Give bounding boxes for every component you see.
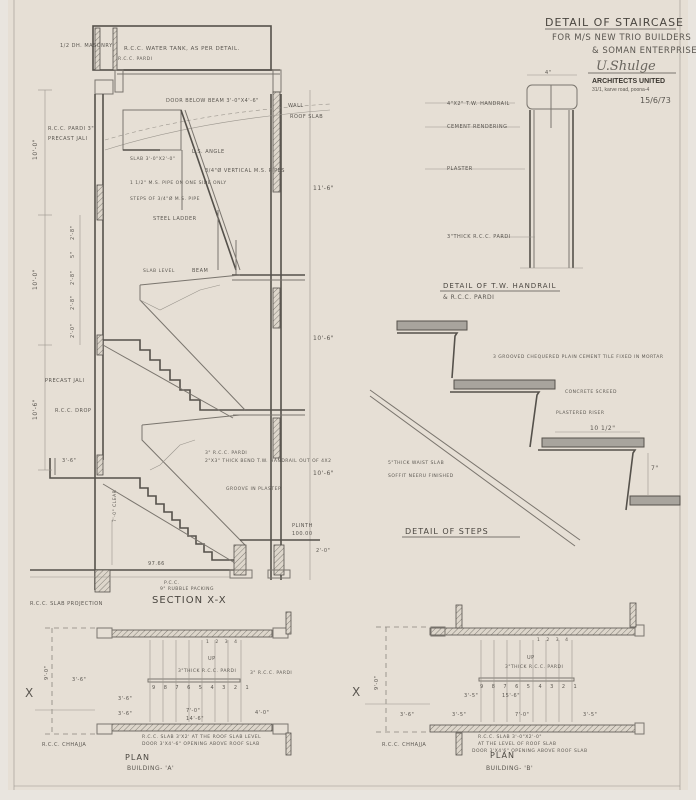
label-precast-jali: PRECAST JALI [48, 136, 87, 142]
handrail-width: 4" [545, 70, 551, 76]
tread-dim: 10 1/2" [590, 425, 615, 432]
label-rcc-pardi: R.C.C. PARDI [118, 56, 152, 62]
label-pcc: P.C.C. [164, 580, 180, 586]
firm-address: 31/1, karve road, poona-4 [592, 87, 649, 93]
label-pardi-right-a: 3" R.C.C. PARDI [250, 670, 292, 676]
title-block: DETAIL OF STAIRCASE FOR M/S NEW TRIO BUI… [545, 16, 696, 105]
dim-a-2: 3'-6" [118, 711, 132, 717]
section-x-x: 1/2 DH. MASONRY R.C.C. WATER TANK, AS PE… [30, 26, 334, 606]
label-steel-ladder: STEEL LADDER [153, 216, 197, 222]
label-roof-slab: ROOF SLAB [290, 114, 323, 120]
dim-a-3: 3'-6" [118, 696, 132, 702]
dim-sub-1: 2'-8" [70, 226, 76, 240]
handrail-detail-title: DETAIL OF T.W. HANDRAIL [443, 282, 557, 290]
label-plinth-level: 100.00 [292, 531, 313, 537]
label-water-tank: R.C.C. WATER TANK, AS PER DETAIL. [124, 46, 240, 52]
dim-a-4: 7'-0" [186, 708, 200, 714]
dim-b-4: 7'-0" [515, 712, 529, 718]
architectural-drawing: DETAIL OF STAIRCASE FOR M/S NEW TRIO BUI… [0, 0, 696, 800]
plan-building-a: R.C.C. SLAB PROJECTION R.C.C. CHHAJJA 3"… [25, 601, 292, 772]
label-slab: SLAB 3'-0"X2'-0" [130, 156, 175, 162]
label-door: DOOR BELOW BEAM 3'-0"X4'-6" [166, 98, 259, 104]
label-ms-pipe: 1 1/2" M.S. PIPE ON ONE SIDE ONLY [130, 180, 227, 186]
drawing-title: DETAIL OF STAIRCASE [545, 16, 684, 29]
label-up-b: UP [527, 655, 535, 661]
label-ground-level: 97.66 [148, 561, 165, 567]
dim-footing: 2'-0" [316, 548, 330, 554]
label-beam: BEAM [192, 268, 208, 274]
drawing-date: 15/6/73 [640, 96, 671, 105]
plan-b-steps-top: 1234 [537, 637, 569, 643]
label-pardi-thick-a: 3"THICK R.C.C. PARDI [178, 668, 236, 674]
dim-b-0: 9'-0" [374, 676, 380, 690]
section-marker-a: X [25, 686, 34, 700]
label-chhajja-b: R.C.C. CHHAJJA [382, 742, 426, 748]
dim-sub-2: 5" [70, 252, 76, 258]
dim-landing: 3'-6" [62, 458, 76, 464]
label-tile: 3 GROOVED CHEQUERED PLAIN CEMENT TILE FI… [493, 354, 663, 360]
dim-b-5: 3'-5" [583, 712, 597, 718]
label-rcc-drop: R.C.C. DROP [55, 408, 91, 414]
steps-detail: 10 1/2" 7" 3 GROOVED CHEQUERED PLAIN CEM… [370, 321, 680, 546]
label-waist: 5"THICK WAIST SLAB [388, 460, 444, 466]
signature: U.Shulge [596, 59, 656, 74]
section-title: SECTION X-X [152, 595, 227, 606]
plan-b-subtitle: BUILDING- 'B' [486, 765, 533, 772]
label-wall: WALL [288, 103, 304, 109]
label-tw-handrail: 2"X3" THICK BEND T.W. HANDRAIL OUT OF 4X… [205, 458, 331, 464]
slab-note-b2: AT THE LEVEL OF ROOF SLAB [478, 741, 556, 747]
label-soffit: SOFFIT NEERU FINISHED [388, 473, 454, 479]
label-rubble: 9" RUBBLE PACKING [160, 586, 214, 592]
plan-a-steps-bottom: 987654321 [152, 685, 249, 691]
label-projection: R.C.C. SLAB PROJECTION [30, 601, 103, 607]
dim-a-6: 4'-0" [255, 710, 269, 716]
label-plinth: PLINTH [292, 523, 313, 529]
plan-a-steps-top: 1234 [206, 639, 238, 645]
client-line-2: & SOMAN ENTERPRISES [592, 46, 696, 56]
label-angle: L.S. ANGLE [192, 149, 225, 155]
plan-b-title: PLAN [490, 751, 515, 760]
dim-a-5: 14'-6" [186, 716, 204, 722]
label-rcc-pardi-3: R.C.C. PARDI 3" [48, 126, 94, 132]
label-pardi-b: 3"THICK R.C.C. PARDI [505, 664, 563, 670]
label-up-a: UP [208, 656, 216, 662]
dim-height-bottom: 10'-6" [32, 399, 39, 420]
dim-height-top: 10'-0" [32, 139, 39, 160]
label-groove: GROOVE IN PLASTER [226, 486, 282, 492]
dim-b-2: 3'-5" [452, 712, 466, 718]
label-handrail: 4"X2" T.W. HANDRAIL [447, 101, 510, 107]
label-screed: CONCRETE SCREED [565, 389, 617, 395]
steps-detail-title: DETAIL OF STEPS [405, 527, 489, 536]
label-slab-level: SLAB LEVEL [143, 268, 175, 274]
section-marker-b: X [352, 685, 361, 699]
plan-a-subtitle: BUILDING- 'A' [127, 765, 174, 772]
dim-b-6: 15'-6" [502, 693, 520, 699]
label-rendering: CEMENT RENDERING [447, 124, 507, 130]
dim-sub-3: 2'-8" [70, 271, 76, 285]
slab-note-a1: R.C.C. SLAB 3'X2' AT THE ROOF SLAB LEVEL [142, 734, 261, 740]
label-masonry: 1/2 DH. MASONRY [60, 43, 113, 49]
plan-building-b: R.C.C. CHHAJJA 3"THICK R.C.C. PARDI UP R… [352, 603, 644, 772]
label-rcc-pardi-3b: 3" R.C.C. PARDI [205, 450, 247, 456]
client-line-1: FOR M/S NEW TRIO BUILDERS [552, 33, 691, 43]
plan-a-title: PLAN [125, 753, 150, 762]
dim-a-1: 3'-6" [72, 677, 86, 683]
handrail-detail-subtitle: & R.C.C. PARDI [443, 294, 494, 301]
label-plaster: PLASTER [447, 166, 473, 172]
handrail-detail: 4" 4"X2" T.W. HANDRAIL CEMENT RENDERING … [425, 70, 583, 301]
slab-note-a2: DOOR 3'X4'-6" OPENING ABOVE ROOF SLAB [142, 741, 260, 747]
dim-right-top: 11'-6" [313, 185, 334, 192]
label-vertical-pipes: 3/4"Ø VERTICAL M.S. PIPES [205, 167, 285, 174]
dim-right-mid: 10'-6" [313, 335, 334, 342]
label-riser: PLASTERED RISER [556, 410, 605, 416]
dim-height-mid: 10'-0" [32, 269, 39, 290]
label-pardi: 3"THICK R.C.C. PARDI [447, 234, 511, 240]
dim-sub-5: 2'-0" [70, 324, 76, 338]
label-precast-jali-mid: PRECAST JALI [45, 378, 84, 384]
dim-b-1: 3'-6" [400, 712, 414, 718]
plan-b-steps-bottom: 987654321 [480, 684, 577, 690]
dim-sub-4: 2'-8" [70, 296, 76, 310]
dim-b-3: 3'-5" [464, 693, 478, 699]
riser-dim: 7" [651, 465, 659, 472]
dim-right-bottom: 10'-6" [313, 470, 334, 477]
slab-note-b1: R.C.C. SLAB 3'-0"X2'-0" [478, 734, 542, 740]
dim-a-0: 9'-0" [44, 666, 50, 680]
label-steps-pipe: STEPS OF 3/4"Ø M.S. PIPE [130, 195, 200, 202]
label-chhajja-a: R.C.C. CHHAJJA [42, 742, 86, 748]
label-clear: 7'-0" CLEAR [112, 490, 118, 522]
firm-name: ARCHITECTS UNITED [592, 78, 665, 85]
